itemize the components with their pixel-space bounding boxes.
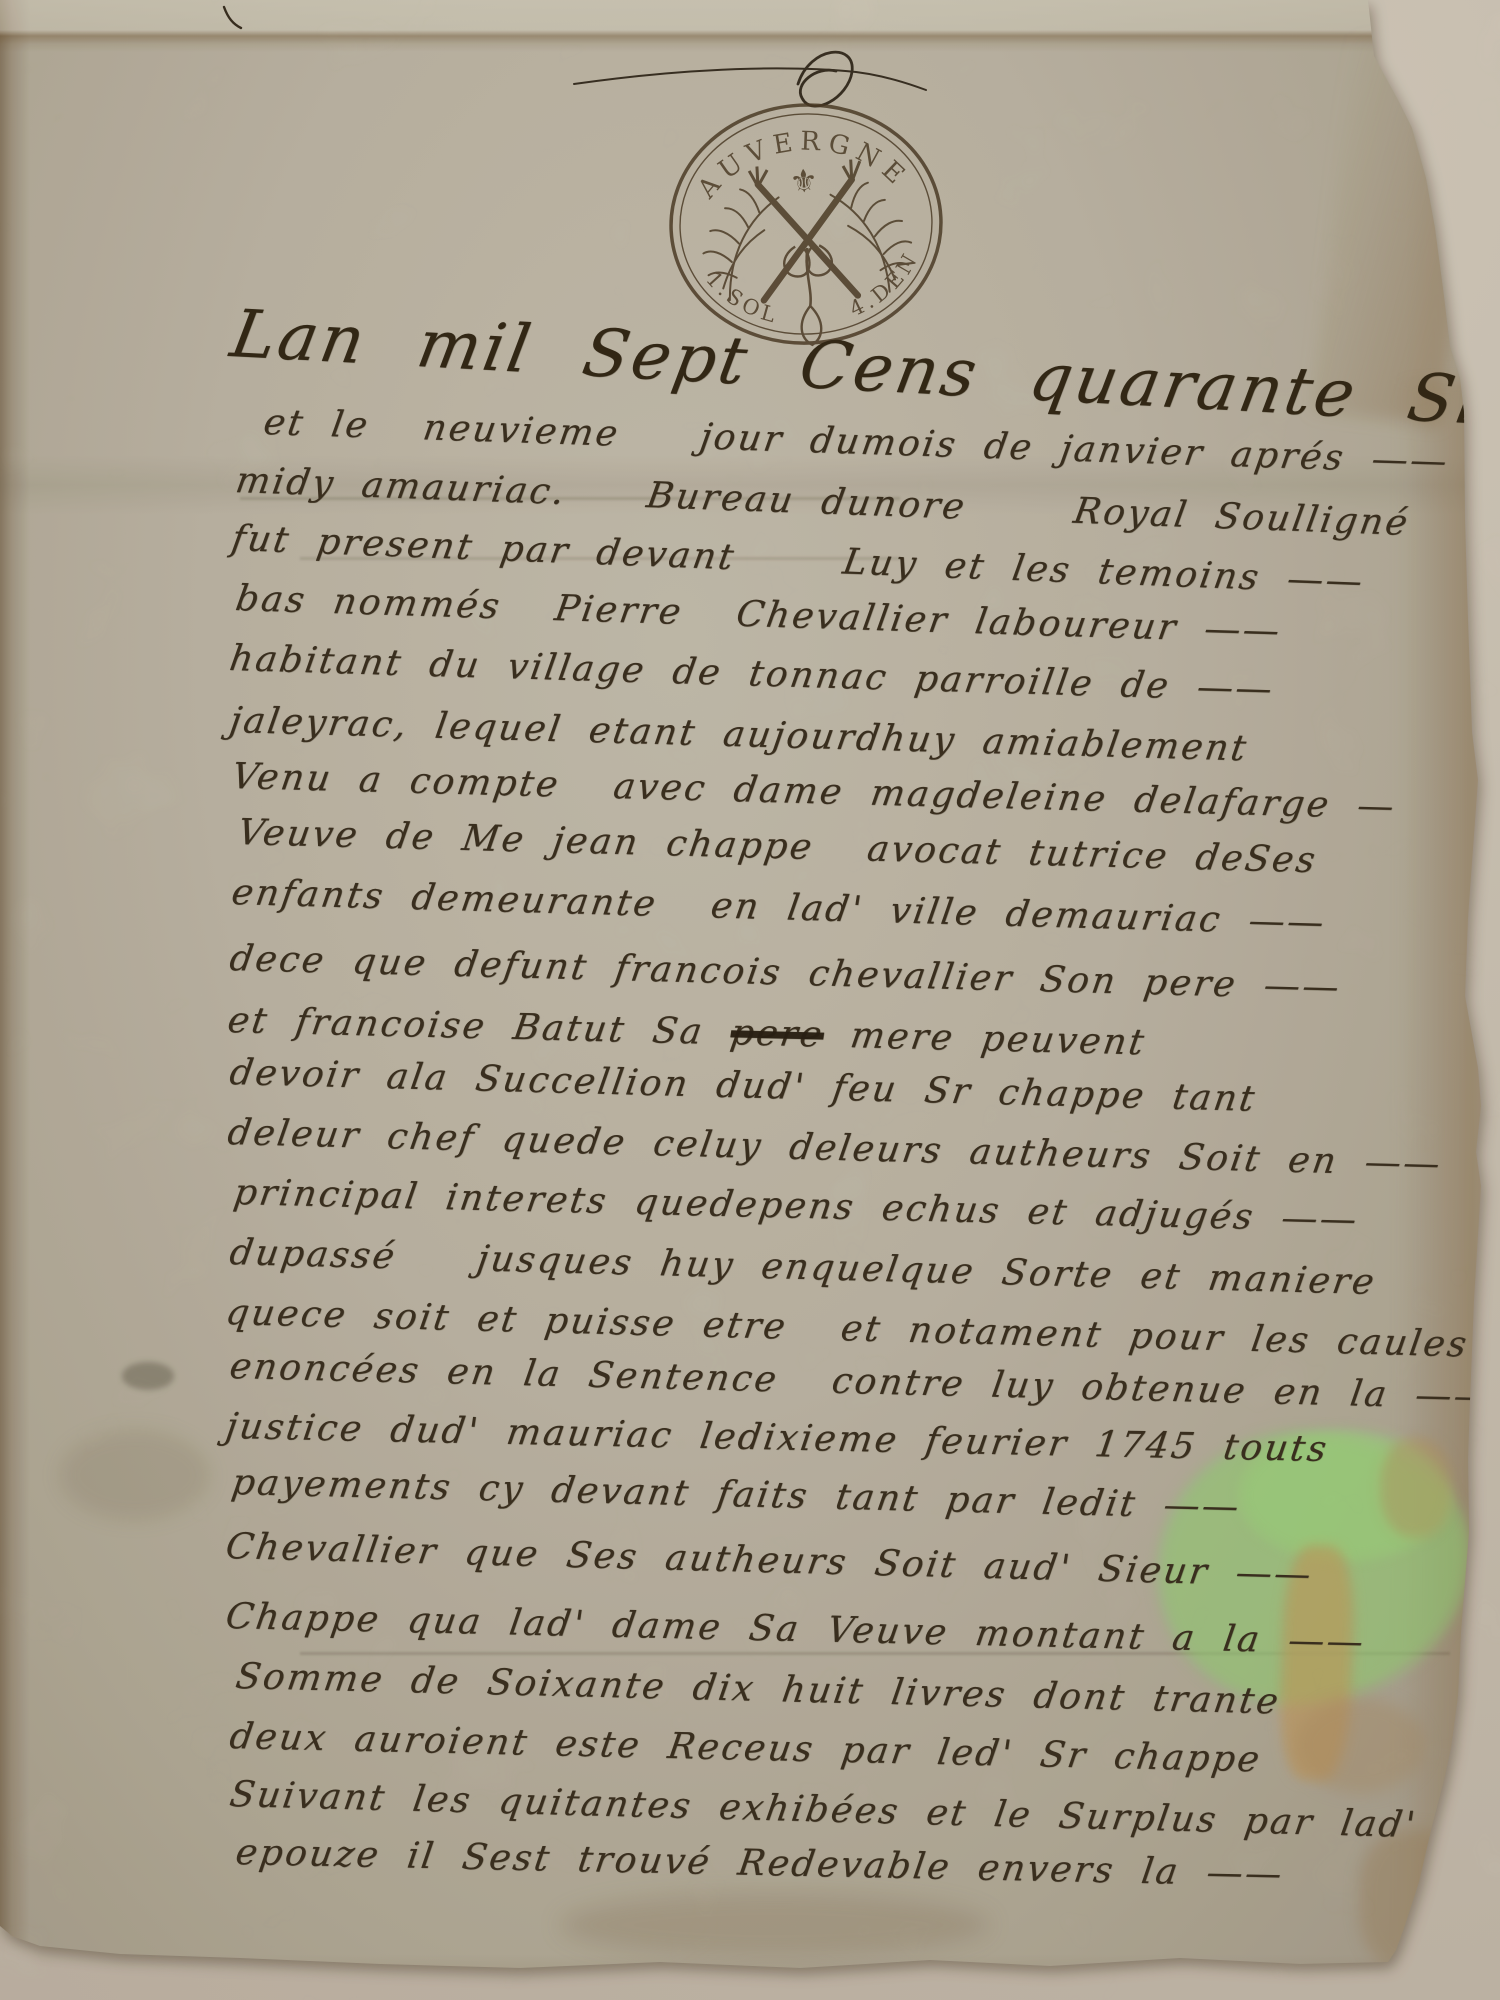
line-12-post: mere peuvent	[821, 1015, 1149, 1064]
manuscript-line-12: et francoise Batut Sa pere mere peuvent	[225, 1000, 1149, 1064]
stamp-value-right: 4.DEN	[843, 246, 926, 322]
ink-tick-mark	[220, 4, 246, 32]
svg-text:4.DEN: 4.DEN	[843, 246, 926, 322]
manuscript-line-19: justice dud' mauriac ledixieme feurier 1…	[223, 1406, 1331, 1470]
paper-sheet: ⚜ AUVERGNE 1.SOL 4.DEN Lan mil Sept Cens…	[0, 0, 1500, 2000]
stamp-fleur-de-lis-icon: ⚜	[788, 161, 819, 200]
edge-tint-corner	[1360, 1830, 1470, 1970]
manuscript-line-06: habitant du village de tonnac parroille …	[227, 638, 1277, 710]
struck-word: pere	[728, 1012, 827, 1055]
manuscript-line-10: enfants demeurante en lad' ville demauri…	[229, 872, 1329, 944]
manuscript-line-26: epouze il Sest trouvé Redevable envers l…	[233, 1832, 1287, 1895]
brown-stain	[60, 1430, 210, 1520]
manuscript-line-23: Somme de Soixante dix huit livres dont t…	[233, 1656, 1283, 1723]
manuscript-line-14: deleur chef quede celuy deleurs autheurs…	[225, 1112, 1445, 1185]
manuscript-line-15: principal interets quedepens echus et ad…	[231, 1172, 1362, 1241]
photo-backdrop: ⚜ AUVERGNE 1.SOL 4.DEN Lan mil Sept Cens…	[0, 0, 1500, 2000]
manuscript-line-22: Chappe qua lad' dame Sa Veuve montant a …	[223, 1596, 1368, 1663]
graphite-smudge	[122, 1362, 174, 1390]
brown-stain	[560, 1892, 990, 1958]
line-12-pre: et francoise Batut Sa	[225, 1000, 734, 1053]
tan-stain	[1380, 1438, 1452, 1538]
manuscript-line-21: Chevallier que Ses autheurs Soit aud' Si…	[223, 1526, 1316, 1596]
manuscript-line-20: payements cy devant faits tant par ledit…	[229, 1462, 1244, 1528]
manuscript-line-09: Veuve de Me jean chappe avocat tutrice d…	[235, 812, 1320, 881]
manuscript-line-16: dupassé jusques huy enquelque Sorte et m…	[227, 1232, 1379, 1303]
tan-stain	[1295, 1698, 1425, 1793]
auvergne-tax-stamp: ⚜ AUVERGNE 1.SOL 4.DEN	[658, 91, 956, 358]
manuscript-line-11: dece que defunt francois chevallier Son …	[227, 938, 1344, 1008]
manuscript-line-24: deux auroient este Receus par led' Sr ch…	[227, 1716, 1264, 1781]
manuscript-page: ⚜ AUVERGNE 1.SOL 4.DEN Lan mil Sept Cens…	[0, 0, 1500, 2000]
